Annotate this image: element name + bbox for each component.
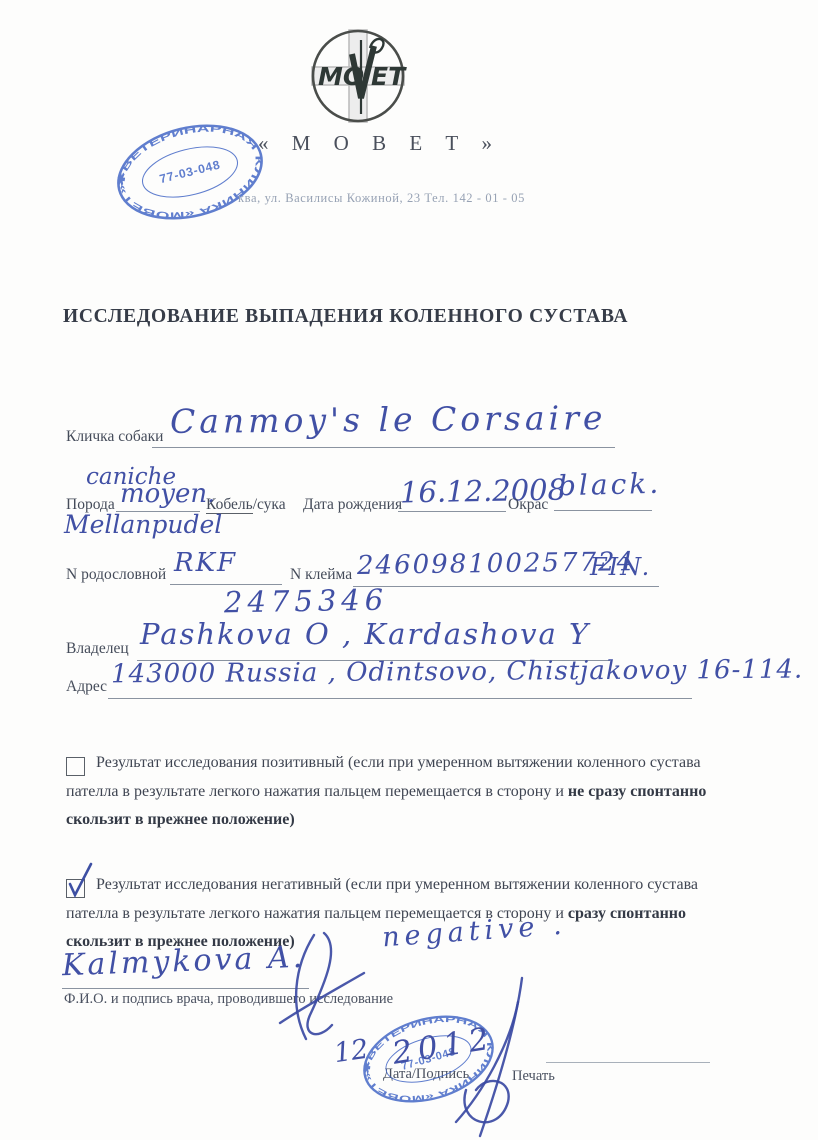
address-label: Адрес bbox=[66, 678, 107, 696]
pedigree-label: N родословной bbox=[66, 566, 166, 584]
address-line bbox=[108, 698, 692, 699]
color-line bbox=[554, 510, 652, 511]
dog-name-line bbox=[152, 447, 615, 448]
breed-value: moyen. bbox=[120, 479, 215, 509]
logo-text-right: ET bbox=[371, 62, 407, 91]
dog-name-value: Canmoy's le Corsaire bbox=[170, 398, 607, 441]
logo-text-left: MO bbox=[318, 62, 364, 91]
positive-result-text: Результат исследования позитивный (если … bbox=[66, 749, 736, 835]
owner-label: Владелец bbox=[66, 640, 129, 658]
color-value: black. bbox=[558, 467, 662, 503]
dog-name-label: Кличка собаки bbox=[66, 428, 163, 446]
movet-logo: MO ET bbox=[308, 26, 408, 126]
brand-name: « М О В Е Т » bbox=[258, 131, 501, 156]
tattoo-suffix: FIN. bbox=[590, 553, 651, 581]
breed-extra-below: Mellanpudel bbox=[64, 510, 222, 539]
pedigree-value2: 2475346 bbox=[224, 583, 389, 620]
bottom-signature bbox=[428, 972, 583, 1140]
tattoo-label: N клейма bbox=[290, 566, 352, 584]
color-label: Окрас bbox=[508, 496, 548, 514]
document-title: ИССЛЕДОВАНИЕ ВЫПАДЕНИЯ КОЛЕННОГО СУСТАВА bbox=[63, 306, 628, 328]
birthdate-label: Дата рождения bbox=[303, 496, 402, 514]
tattoo-line bbox=[353, 586, 659, 587]
document-page: MO ET « М О В Е Т » ✱ВЕТЕРИНАРНАЯ КЛИНИК… bbox=[0, 0, 818, 1140]
sex-label-female: /сука bbox=[253, 496, 286, 513]
clinic-stamp-top: ✱ВЕТЕРИНАРНАЯ КЛИНИКА «МОВЕТ» 77-03-048 bbox=[105, 107, 276, 237]
stamp-number: 77-03-048 bbox=[158, 157, 222, 186]
owner-value: Pashkova O , Kardashova Y bbox=[140, 617, 590, 651]
clinic-address: ква, ул. Василисы Кожиной, 23 Тел. 142 -… bbox=[238, 191, 525, 206]
address-value: 143000 Russia , Odintsovo, Chistjakovoy … bbox=[111, 655, 803, 690]
birthdate-line bbox=[398, 511, 506, 512]
pedigree-value: RKF bbox=[174, 548, 237, 578]
